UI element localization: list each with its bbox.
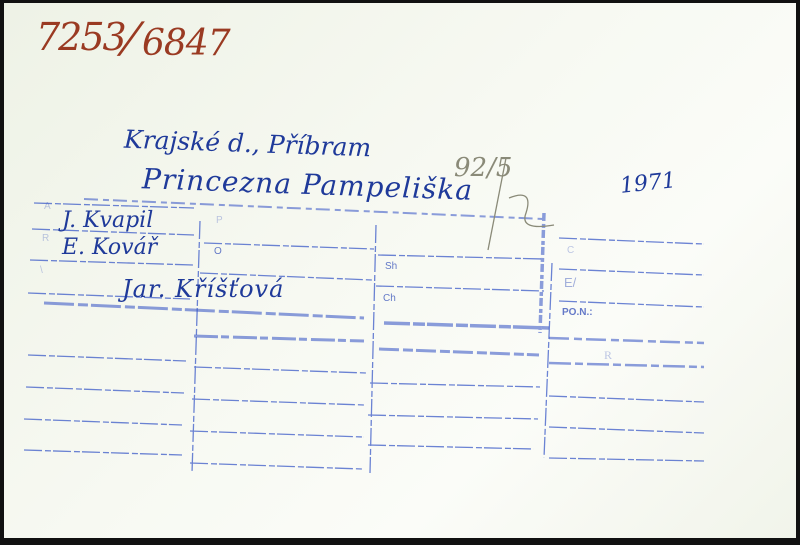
stamp-label-pon: PO.N.: bbox=[562, 307, 593, 318]
archive-number-primary: 7253 bbox=[36, 15, 125, 59]
stamp-label-sh: Sh bbox=[385, 261, 397, 272]
credit-3: Jar. Kříšťová bbox=[122, 275, 284, 303]
credit-2: E. Kovář bbox=[62, 235, 157, 260]
stamp-label-p: P bbox=[216, 215, 223, 226]
photo-back-card: 7253 / 6847 Krajské d., Příbram Princezn… bbox=[4, 3, 796, 538]
stamp-label-a: A bbox=[44, 201, 51, 212]
stamp-label-ch: Ch bbox=[383, 293, 396, 304]
archive-number-secondary: 6847 bbox=[142, 23, 230, 64]
stamp-form-grid bbox=[4, 3, 796, 538]
stamp-label-e: E/ bbox=[564, 275, 576, 290]
credit-1: J. Kvapil bbox=[62, 208, 153, 233]
stamp-label-r2: R bbox=[604, 348, 612, 363]
stamp-label-o: O bbox=[214, 246, 222, 257]
pencil-reference: 92/5 bbox=[454, 153, 512, 183]
stamp-label-c: C bbox=[567, 245, 574, 256]
stamp-label-v: \ bbox=[40, 265, 43, 276]
stamp-label-r: R bbox=[42, 233, 49, 244]
